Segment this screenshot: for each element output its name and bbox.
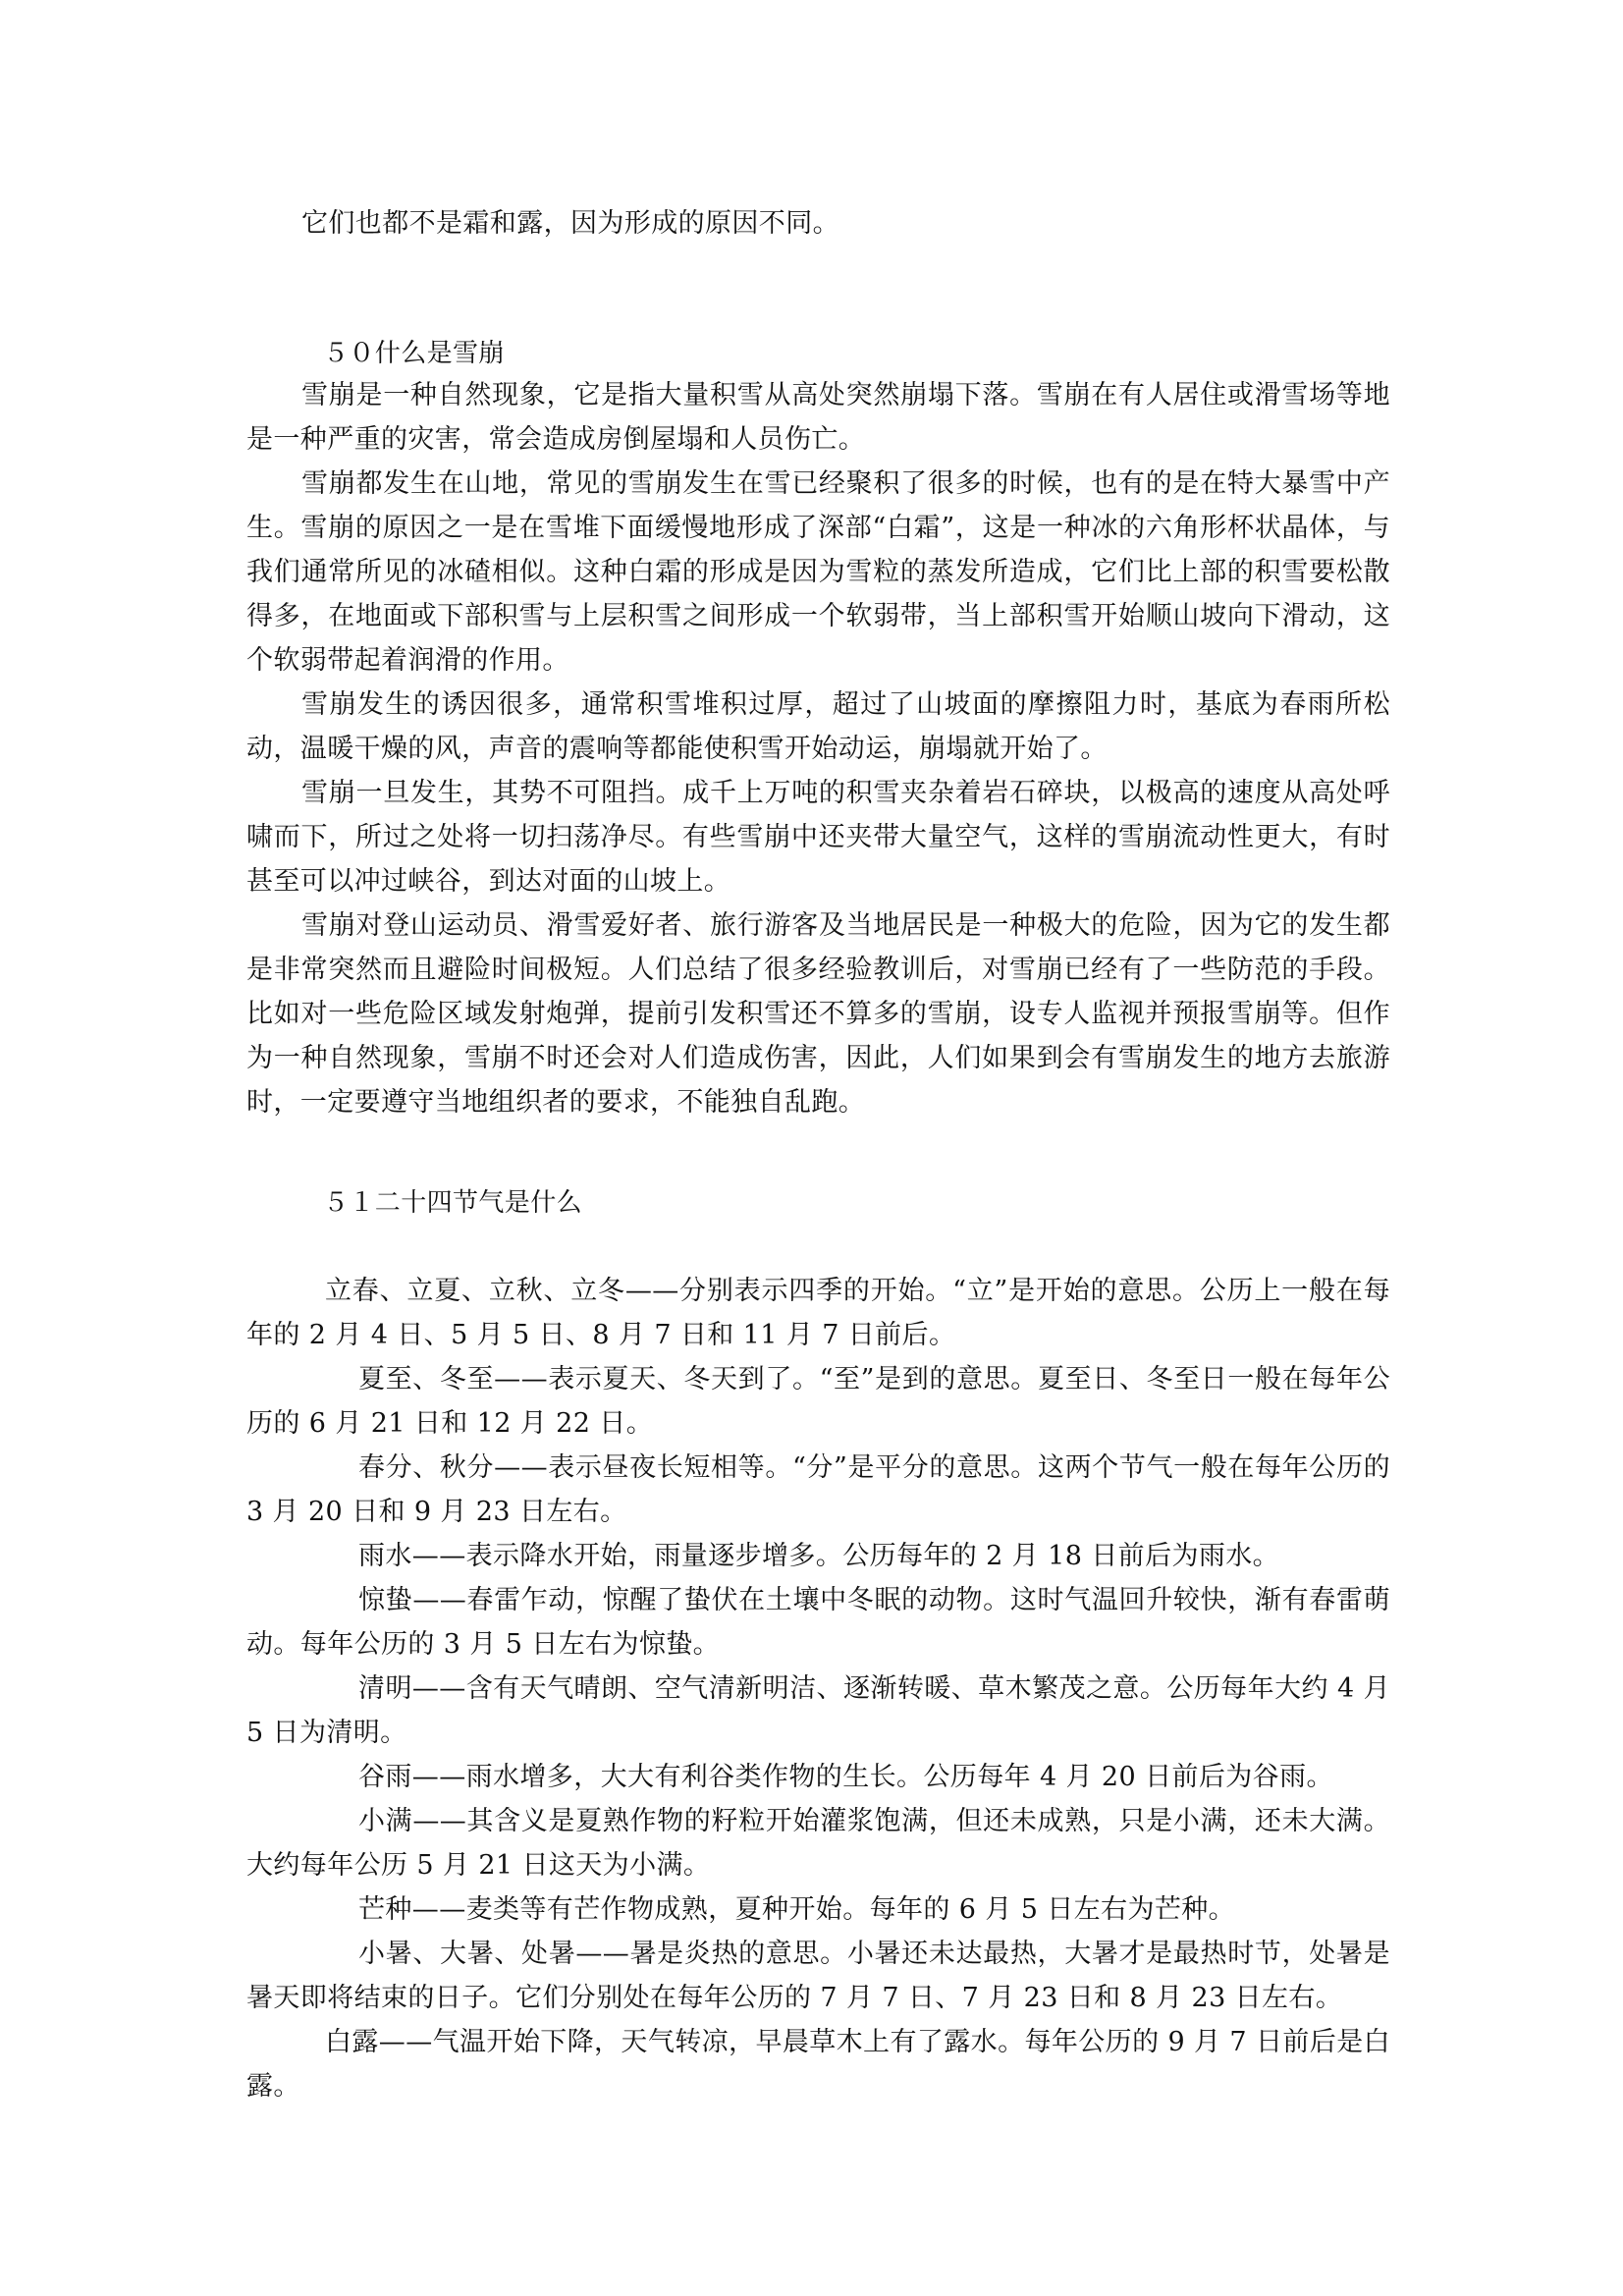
paragraph: 立春、立夏、立秋、立冬——分别表示四季的开始。“立”是开始的意思。公历上一般在每… xyxy=(246,1269,1390,1357)
paragraph: 雪崩一旦发生，其势不可阻挡。成千上万吨的积雪夹杂着岩石碎块，以极高的速度从高处呼… xyxy=(246,771,1390,903)
paragraph: 小暑、大暑、处暑——暑是炎热的意思。小暑还未达最热，大暑才是最热时节，处暑是暑天… xyxy=(246,1932,1390,2020)
paragraph: 雪崩对登山运动员、滑雪爱好者、旅行游客及当地居民是一种极大的危险，因为它的发生都… xyxy=(246,903,1390,1124)
paragraph: 白露——气温开始下降，天气转凉，早晨草木上有了露水。每年公历的 9 月 7 日前… xyxy=(246,2020,1390,2108)
section-51-body: 立春、立夏、立秋、立冬——分别表示四季的开始。“立”是开始的意思。公历上一般在每… xyxy=(246,1269,1390,2108)
paragraph: 谷雨——雨水增多，大大有利谷类作物的生长。公历每年 4 月 20 日前后为谷雨。 xyxy=(246,1755,1390,1799)
section-51-heading: ５１二十四节气是什么 xyxy=(323,1181,582,1226)
section-50-heading: ５０什么是雪崩 xyxy=(323,332,505,376)
paragraph: 夏至、冬至——表示夏天、冬天到了。“至”是到的意思。夏至日、冬至日一般在每年公历… xyxy=(246,1357,1390,1446)
paragraph: 惊蛰——春雷乍动，惊醒了蛰伏在土壤中冬眠的动物。这时气温回升较快，渐有春雷萌动。… xyxy=(246,1578,1390,1667)
document-page: 它们也都不是霜和露，因为形成的原因不同。 ５０什么是雪崩 雪崩是一种自然现象，它… xyxy=(0,0,1623,2296)
paragraph: 雪崩都发生在山地，常见的雪崩发生在雪已经聚积了很多的时候，也有的是在特大暴雪中产… xyxy=(246,462,1390,683)
intro-line: 它们也都不是霜和露，因为形成的原因不同。 xyxy=(301,201,839,246)
paragraph: 清明——含有天气晴朗、空气清新明洁、逐渐转暖、草木繁茂之意。公历每年大约 4 月… xyxy=(246,1667,1390,1755)
paragraph: 芒种——麦类等有芒作物成熟，夏种开始。每年的 6 月 5 日左右为芒种。 xyxy=(246,1887,1390,1932)
paragraph: 雪崩是一种自然现象，它是指大量积雪从高处突然崩塌下落。雪崩在有人居住或滑雪场等地… xyxy=(246,373,1390,462)
paragraph: 春分、秋分——表示昼夜长短相等。“分”是平分的意思。这两个节气一般在每年公历的 … xyxy=(246,1446,1390,1534)
paragraph: 小满——其含义是夏熟作物的籽粒开始灌浆饱满，但还未成熟，只是小满，还未大满。大约… xyxy=(246,1799,1390,1887)
section-50-body: 雪崩是一种自然现象，它是指大量积雪从高处突然崩塌下落。雪崩在有人居住或滑雪场等地… xyxy=(246,373,1390,1124)
paragraph: 雪崩发生的诱因很多，通常积雪堆积过厚，超过了山坡面的摩擦阻力时，基底为春雨所松动… xyxy=(246,683,1390,771)
paragraph: 雨水——表示降水开始，雨量逐步增多。公历每年的 2 月 18 日前后为雨水。 xyxy=(246,1534,1390,1578)
